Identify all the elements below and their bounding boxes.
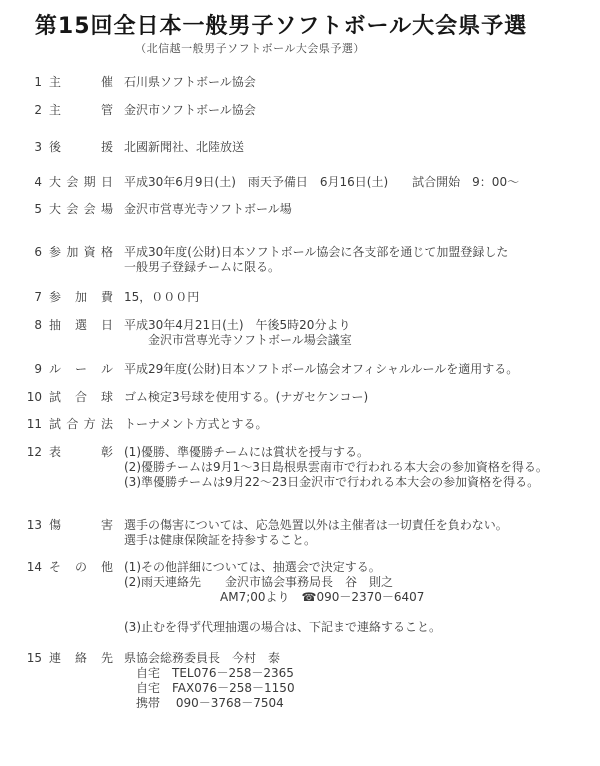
item-line: 選手の傷害については、応急処置以外は主催者は一切責任を負わない。 bbox=[124, 518, 508, 533]
list-item: 9ルール平成29年度(公財)日本ソフトボール協会オフィシャルルールを適用する。 bbox=[26, 362, 600, 377]
item-content: 金沢市営専光寺ソフトボール場 bbox=[124, 202, 292, 217]
item-number: 11 bbox=[26, 417, 42, 432]
item-content: 金沢市ソフトボール協会 bbox=[124, 103, 256, 118]
item-line: ゴム検定3号球を使用する。(ナガセケンコー) bbox=[124, 390, 368, 405]
item-label: 試合方法 bbox=[49, 417, 113, 432]
document-page: 第15回全日本一般男子ソフトボール大会県予選 （北信越一般男子ソフトボール大会県… bbox=[0, 0, 600, 766]
item-line: 北國新聞社、北陸放送 bbox=[124, 140, 244, 155]
item-label: 大会会場 bbox=[49, 202, 113, 217]
list-item: 12表彰(1)優勝、準優勝チームには賞状を授与する。(2)優勝チームは9月1～3… bbox=[26, 445, 600, 490]
item-number: 3 bbox=[26, 140, 42, 155]
item-content: (1)優勝、準優勝チームには賞状を授与する。(2)優勝チームは9月1～3日島根県… bbox=[124, 445, 548, 490]
item-label: 大会期日 bbox=[49, 175, 113, 190]
item-line: 金沢市営専光寺ソフトボール場会議室 bbox=[124, 333, 352, 348]
item-content: 県協会総務委員長 今村 泰 自宅 TEL076－258－2365 自宅 FAX0… bbox=[124, 651, 295, 711]
item-line: 一般男子登録チームに限る。 bbox=[124, 260, 508, 275]
item-content: ゴム検定3号球を使用する。(ナガセケンコー) bbox=[124, 390, 368, 405]
item-number: 6 bbox=[26, 245, 42, 260]
item-content: トーナメント方式とする。 bbox=[124, 417, 268, 432]
item-line: 平成30年度(公財)日本ソフトボール協会に各支部を通じて加盟登録した bbox=[124, 245, 508, 260]
list-item: 13傷害選手の傷害については、応急処置以外は主催者は一切責任を負わない。選手は健… bbox=[26, 518, 600, 548]
item-line: 選手は健康保険証を持参すること。 bbox=[124, 533, 508, 548]
item-content: (1)その他詳細については、抽選会で決定する。(2)雨天連絡先 金沢市協会事務局… bbox=[124, 560, 441, 635]
item-line: (2)優勝チームは9月1～3日島根県雲南市で行われる本大会の参加資格を得る。 bbox=[124, 460, 548, 475]
item-content: 平成29年度(公財)日本ソフトボール協会オフィシャルルールを適用する。 bbox=[124, 362, 518, 377]
list-item: 3後援北國新聞社、北陸放送 bbox=[26, 140, 600, 155]
item-label: 試合球 bbox=[49, 390, 113, 405]
item-content: 平成30年6月9日(土) 雨天予備日 6月16日(土) 試合開始 9：00～ bbox=[124, 175, 519, 190]
item-number: 9 bbox=[26, 362, 42, 377]
list-item: 15連絡先県協会総務委員長 今村 泰 自宅 TEL076－258－2365 自宅… bbox=[26, 651, 600, 711]
item-number: 12 bbox=[26, 445, 42, 460]
list-item: 8抽選日平成30年4月21日(土) 午後5時20分より 金沢市営専光寺ソフトボー… bbox=[26, 318, 600, 348]
item-line: 平成30年6月9日(土) 雨天予備日 6月16日(土) 試合開始 9：00～ bbox=[124, 175, 519, 190]
item-line: (3)止むを得ず代理抽選の場合は、下記まで連絡すること。 bbox=[124, 620, 441, 635]
list-item: 7参加費15，０００円 bbox=[26, 290, 600, 305]
list-item: 11試合方法トーナメント方式とする。 bbox=[26, 417, 600, 432]
item-content: 15，０００円 bbox=[124, 290, 199, 305]
item-number: 15 bbox=[26, 651, 42, 666]
list-item: 14その他(1)その他詳細については、抽選会で決定する。(2)雨天連絡先 金沢市… bbox=[26, 560, 600, 635]
item-label: 参加資格 bbox=[49, 245, 113, 260]
item-content: 選手の傷害については、応急処置以外は主催者は一切責任を負わない。選手は健康保険証… bbox=[124, 518, 508, 548]
item-line: 自宅 TEL076－258－2365 bbox=[124, 666, 295, 681]
item-number: 14 bbox=[26, 560, 42, 575]
item-number: 1 bbox=[26, 75, 42, 90]
item-number: 2 bbox=[26, 103, 42, 118]
item-label: その他 bbox=[49, 560, 113, 575]
item-line: 15，０００円 bbox=[124, 290, 199, 305]
item-content: 石川県ソフトボール協会 bbox=[124, 75, 256, 90]
page-title: 第15回全日本一般男子ソフトボール大会県予選 bbox=[0, 0, 562, 40]
item-line: 自宅 FAX076－258－1150 bbox=[124, 681, 295, 696]
item-number: 8 bbox=[26, 318, 42, 333]
item-content: 北國新聞社、北陸放送 bbox=[124, 140, 244, 155]
item-line: (1)優勝、準優勝チームには賞状を授与する。 bbox=[124, 445, 548, 460]
item-content: 平成30年4月21日(土) 午後5時20分より 金沢市営専光寺ソフトボール場会議… bbox=[124, 318, 352, 348]
item-label: 主催 bbox=[49, 75, 113, 90]
item-line: (1)その他詳細については、抽選会で決定する。 bbox=[124, 560, 441, 575]
list-item: 10試合球ゴム検定3号球を使用する。(ナガセケンコー) bbox=[26, 390, 600, 405]
item-line: 平成29年度(公財)日本ソフトボール協会オフィシャルルールを適用する。 bbox=[124, 362, 518, 377]
item-number: 7 bbox=[26, 290, 42, 305]
list-item: 6参加資格平成30年度(公財)日本ソフトボール協会に各支部を通じて加盟登録した一… bbox=[26, 245, 600, 275]
item-line: AM7;00より ☎090－2370－6407 bbox=[124, 590, 441, 605]
list-item: 5大会会場金沢市営専光寺ソフトボール場 bbox=[26, 202, 600, 217]
item-label: 参加費 bbox=[49, 290, 113, 305]
list-item: 1主催石川県ソフトボール協会 bbox=[26, 75, 600, 90]
item-label: ルール bbox=[49, 362, 113, 377]
item-line: 携帯 090－3768－7504 bbox=[124, 696, 295, 711]
item-line: 県協会総務委員長 今村 泰 bbox=[124, 651, 295, 666]
item-label: 主管 bbox=[49, 103, 113, 118]
item-label: 表彰 bbox=[49, 445, 113, 460]
item-line: 石川県ソフトボール協会 bbox=[124, 75, 256, 90]
list-item: 2主管金沢市ソフトボール協会 bbox=[26, 103, 600, 118]
item-content: 平成30年度(公財)日本ソフトボール協会に各支部を通じて加盟登録した一般男子登録… bbox=[124, 245, 508, 275]
items-list: 1主催石川県ソフトボール協会2主管金沢市ソフトボール協会3後援北國新聞社、北陸放… bbox=[0, 75, 600, 711]
item-label: 抽選日 bbox=[49, 318, 113, 333]
item-line: 平成30年4月21日(土) 午後5時20分より bbox=[124, 318, 352, 333]
list-item: 4大会期日平成30年6月9日(土) 雨天予備日 6月16日(土) 試合開始 9：… bbox=[26, 175, 600, 190]
item-line: トーナメント方式とする。 bbox=[124, 417, 268, 432]
item-number: 4 bbox=[26, 175, 42, 190]
item-number: 13 bbox=[26, 518, 42, 533]
item-number: 10 bbox=[26, 390, 42, 405]
item-line bbox=[124, 605, 441, 620]
item-label: 傷害 bbox=[49, 518, 113, 533]
item-label: 連絡先 bbox=[49, 651, 113, 666]
item-label: 後援 bbox=[49, 140, 113, 155]
item-number: 5 bbox=[26, 202, 42, 217]
item-line: 金沢市営専光寺ソフトボール場 bbox=[124, 202, 292, 217]
item-line: (3)準優勝チームは9月22～23日金沢市で行われる本大会の参加資格を得る。 bbox=[124, 475, 548, 490]
item-line: (2)雨天連絡先 金沢市協会事務局長 谷 則之 bbox=[124, 575, 441, 590]
page-subtitle: （北信越一般男子ソフトボール大会県予選） bbox=[0, 42, 500, 56]
item-line: 金沢市ソフトボール協会 bbox=[124, 103, 256, 118]
